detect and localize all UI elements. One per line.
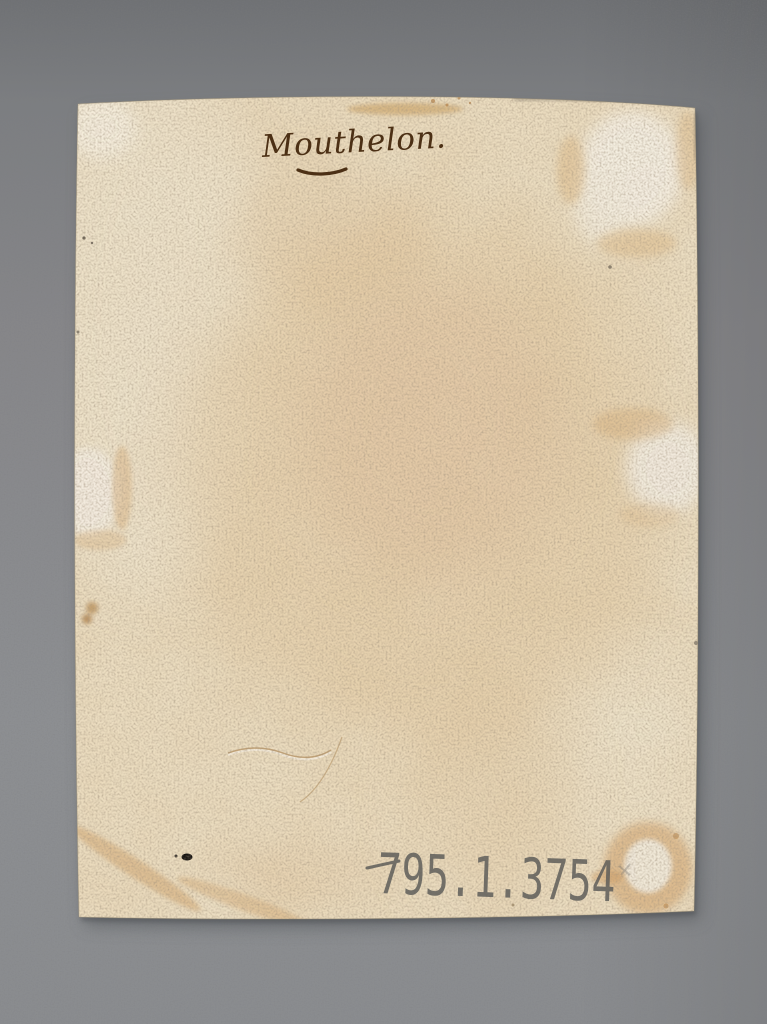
photo-canvas: Mouthelon. 795.1.3754: [0, 0, 767, 1024]
pencil-number-text: 795.1.3754: [377, 842, 617, 916]
verso-photograph: Mouthelon. 795.1.3754: [0, 0, 767, 1024]
paper-sheet: [30, 70, 730, 933]
pencil-accession-number: 795.1.3754: [367, 842, 630, 916]
